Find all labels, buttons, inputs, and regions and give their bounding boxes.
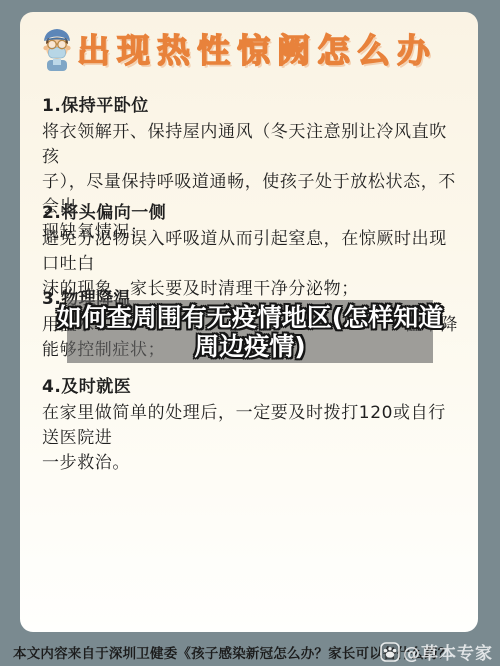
overlay-text-line2: 周边疫情) <box>194 332 305 361</box>
section-seek-medical-care: 4.及时就医 在家里做简单的处理后，一定要及时拨打120或自行送医院进 一步救治… <box>42 372 458 476</box>
masked-doctor-avatar-icon <box>40 26 74 72</box>
section-1-heading: 1.保持平卧位 <box>42 91 458 116</box>
spam-text-overlay: 如何查周围有无疫情地区(怎样知道 周边疫情) <box>67 300 433 363</box>
header: 出现热性惊阙怎么办 <box>40 25 437 72</box>
section-2-heading: 2.将头偏向一侧 <box>42 198 458 223</box>
page-title: 出现热性惊阙怎么办 <box>77 25 437 72</box>
overlay-text-line1: 如何查周围有无疫情地区(怎样知道 <box>57 303 443 332</box>
paw-badge-icon <box>380 642 400 662</box>
infographic-page: 出现热性惊阙怎么办 1.保持平卧位 将衣领解开、保持屋内通风（冬天注意别让冷风直… <box>0 0 500 666</box>
section-4-body: 在家里做简单的处理后，一定要及时拨打120或自行送医院进 一步救治。 <box>42 401 458 476</box>
footer-bar: 本文内容来自于深圳卫健委《孩子感染新冠怎么办？家长可以备什么药？ @草本专家 <box>13 639 497 663</box>
author-watermark: @草本专家 <box>380 639 493 664</box>
section-4-heading: 4.及时就医 <box>42 372 458 397</box>
watermark-handle: @草本专家 <box>403 639 493 664</box>
